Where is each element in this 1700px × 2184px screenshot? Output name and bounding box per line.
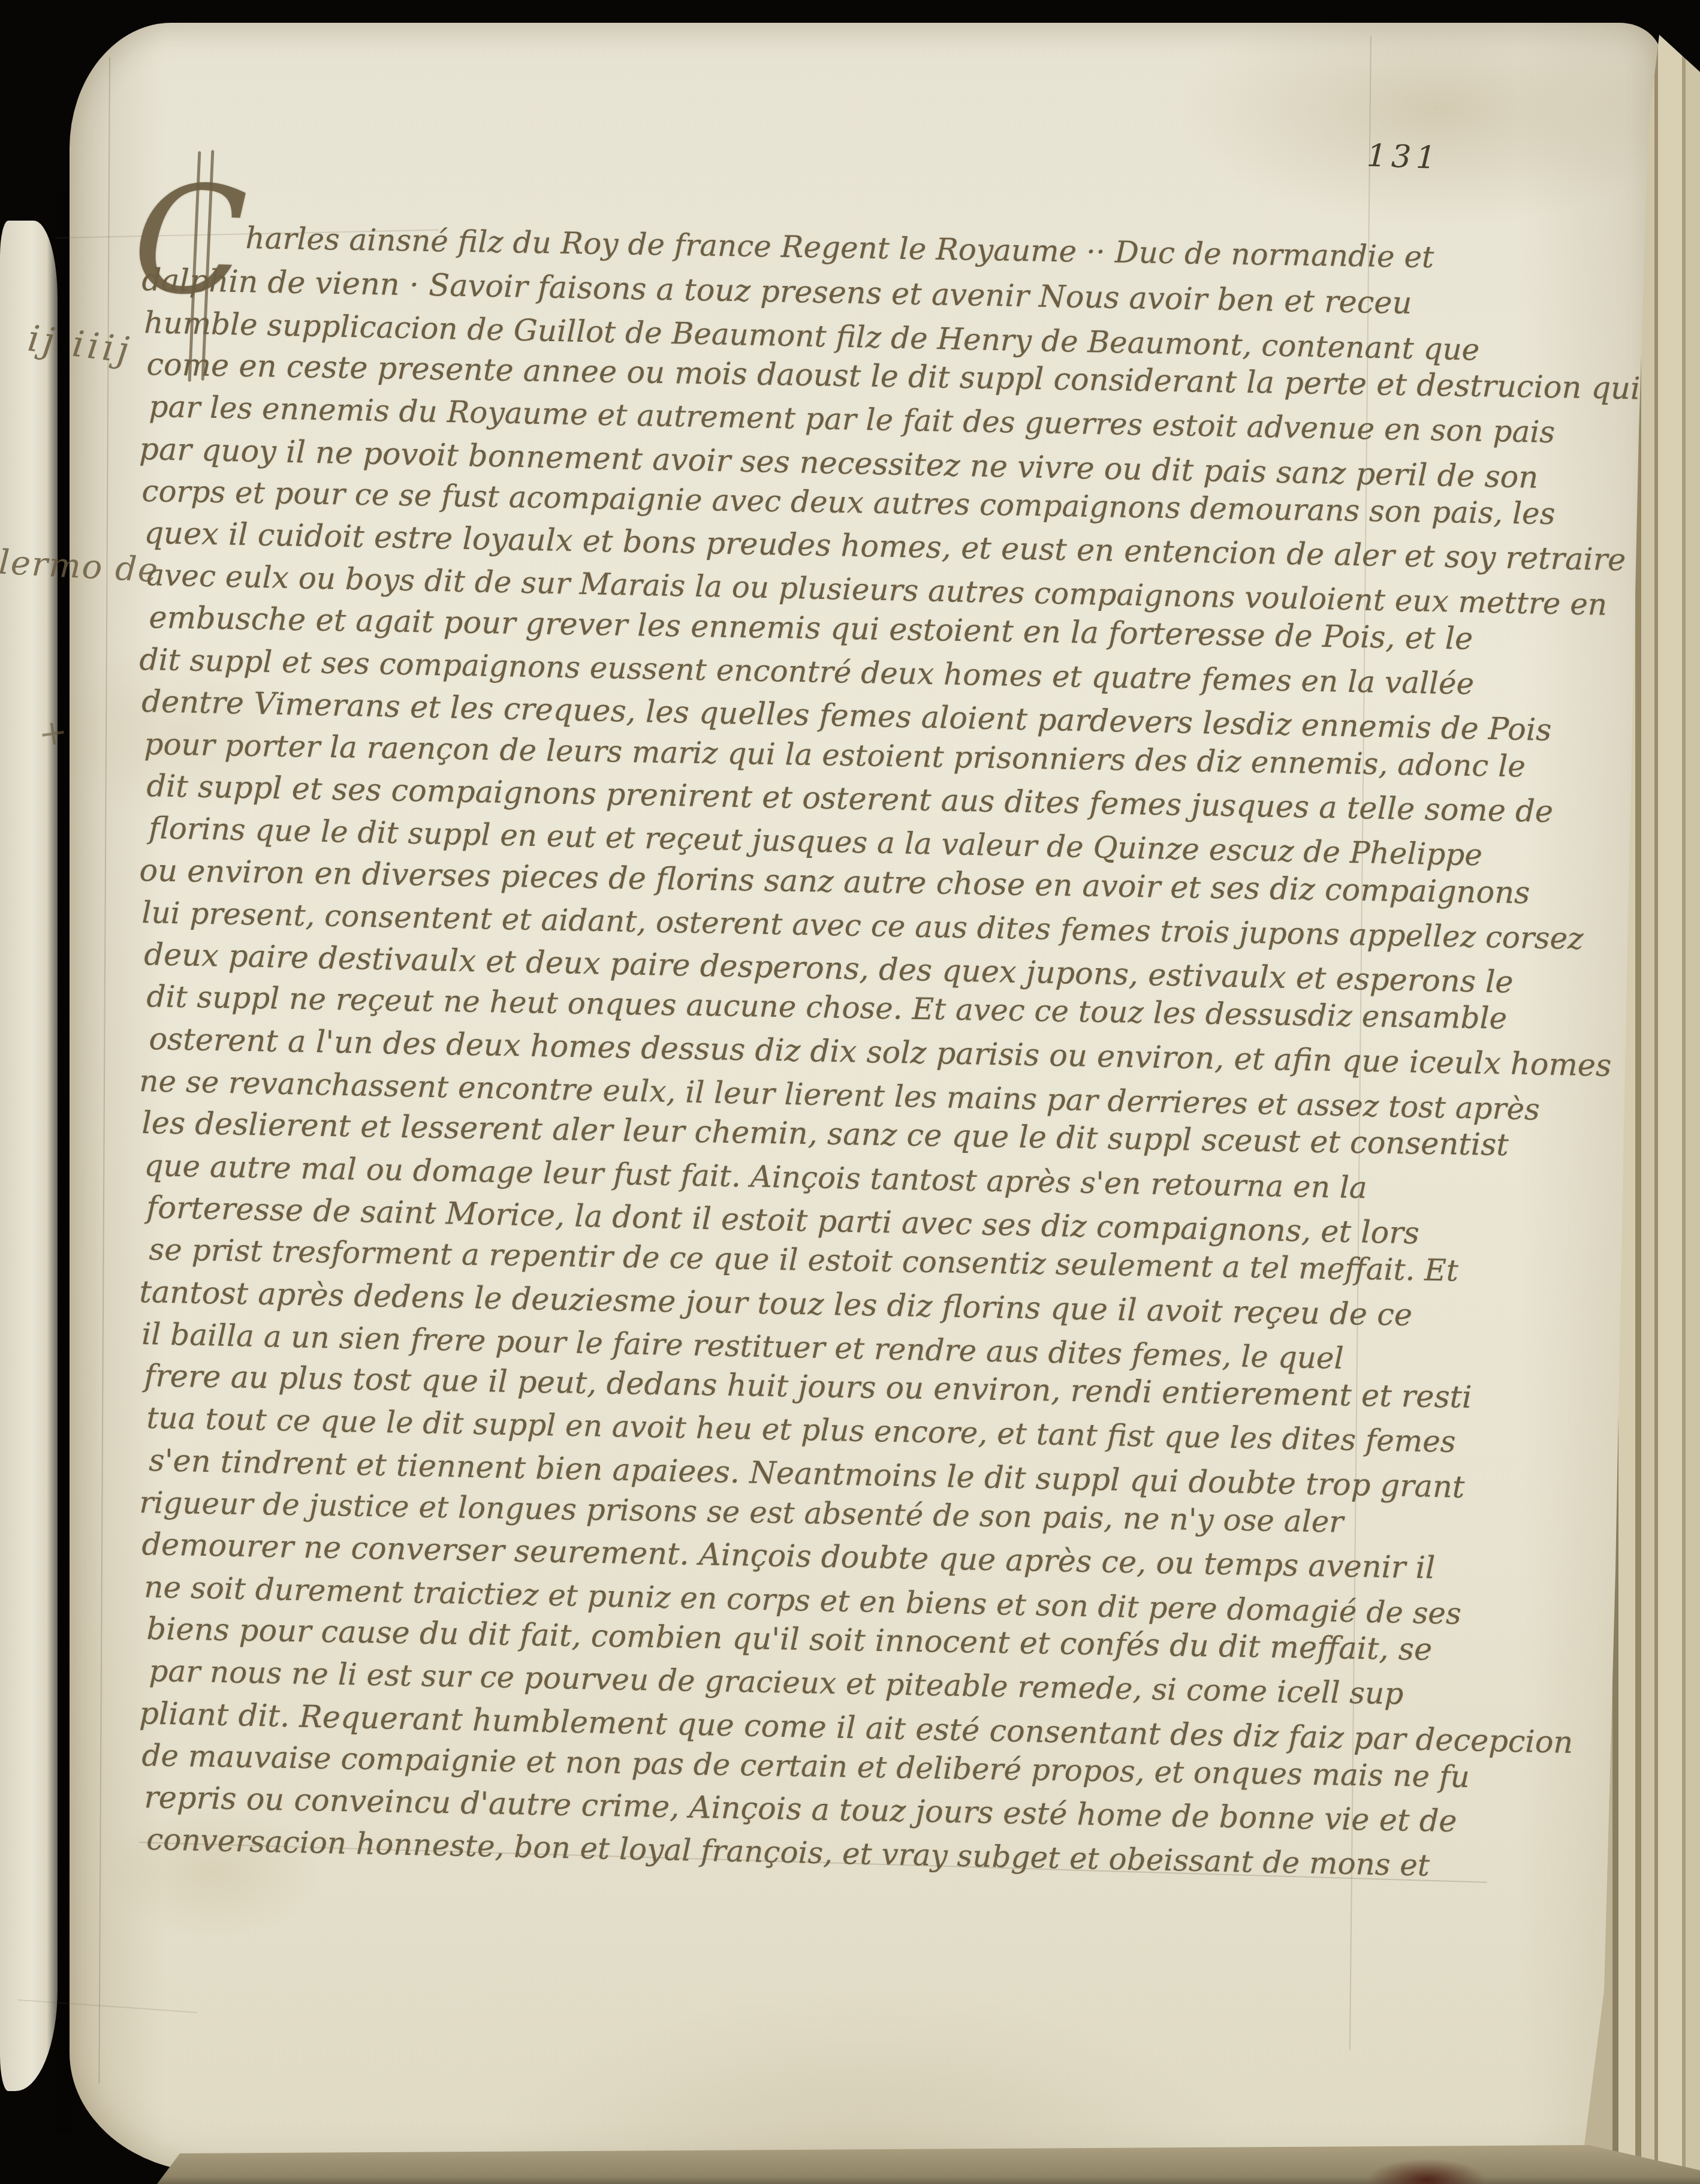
margin-note-name: llermo de [0,543,160,591]
manuscript-photo: 131 ij iiij llermo de + C harles ainsné … [0,0,1700,2184]
folio-number: 131 [1366,138,1441,176]
margin-mark: + [36,710,71,755]
